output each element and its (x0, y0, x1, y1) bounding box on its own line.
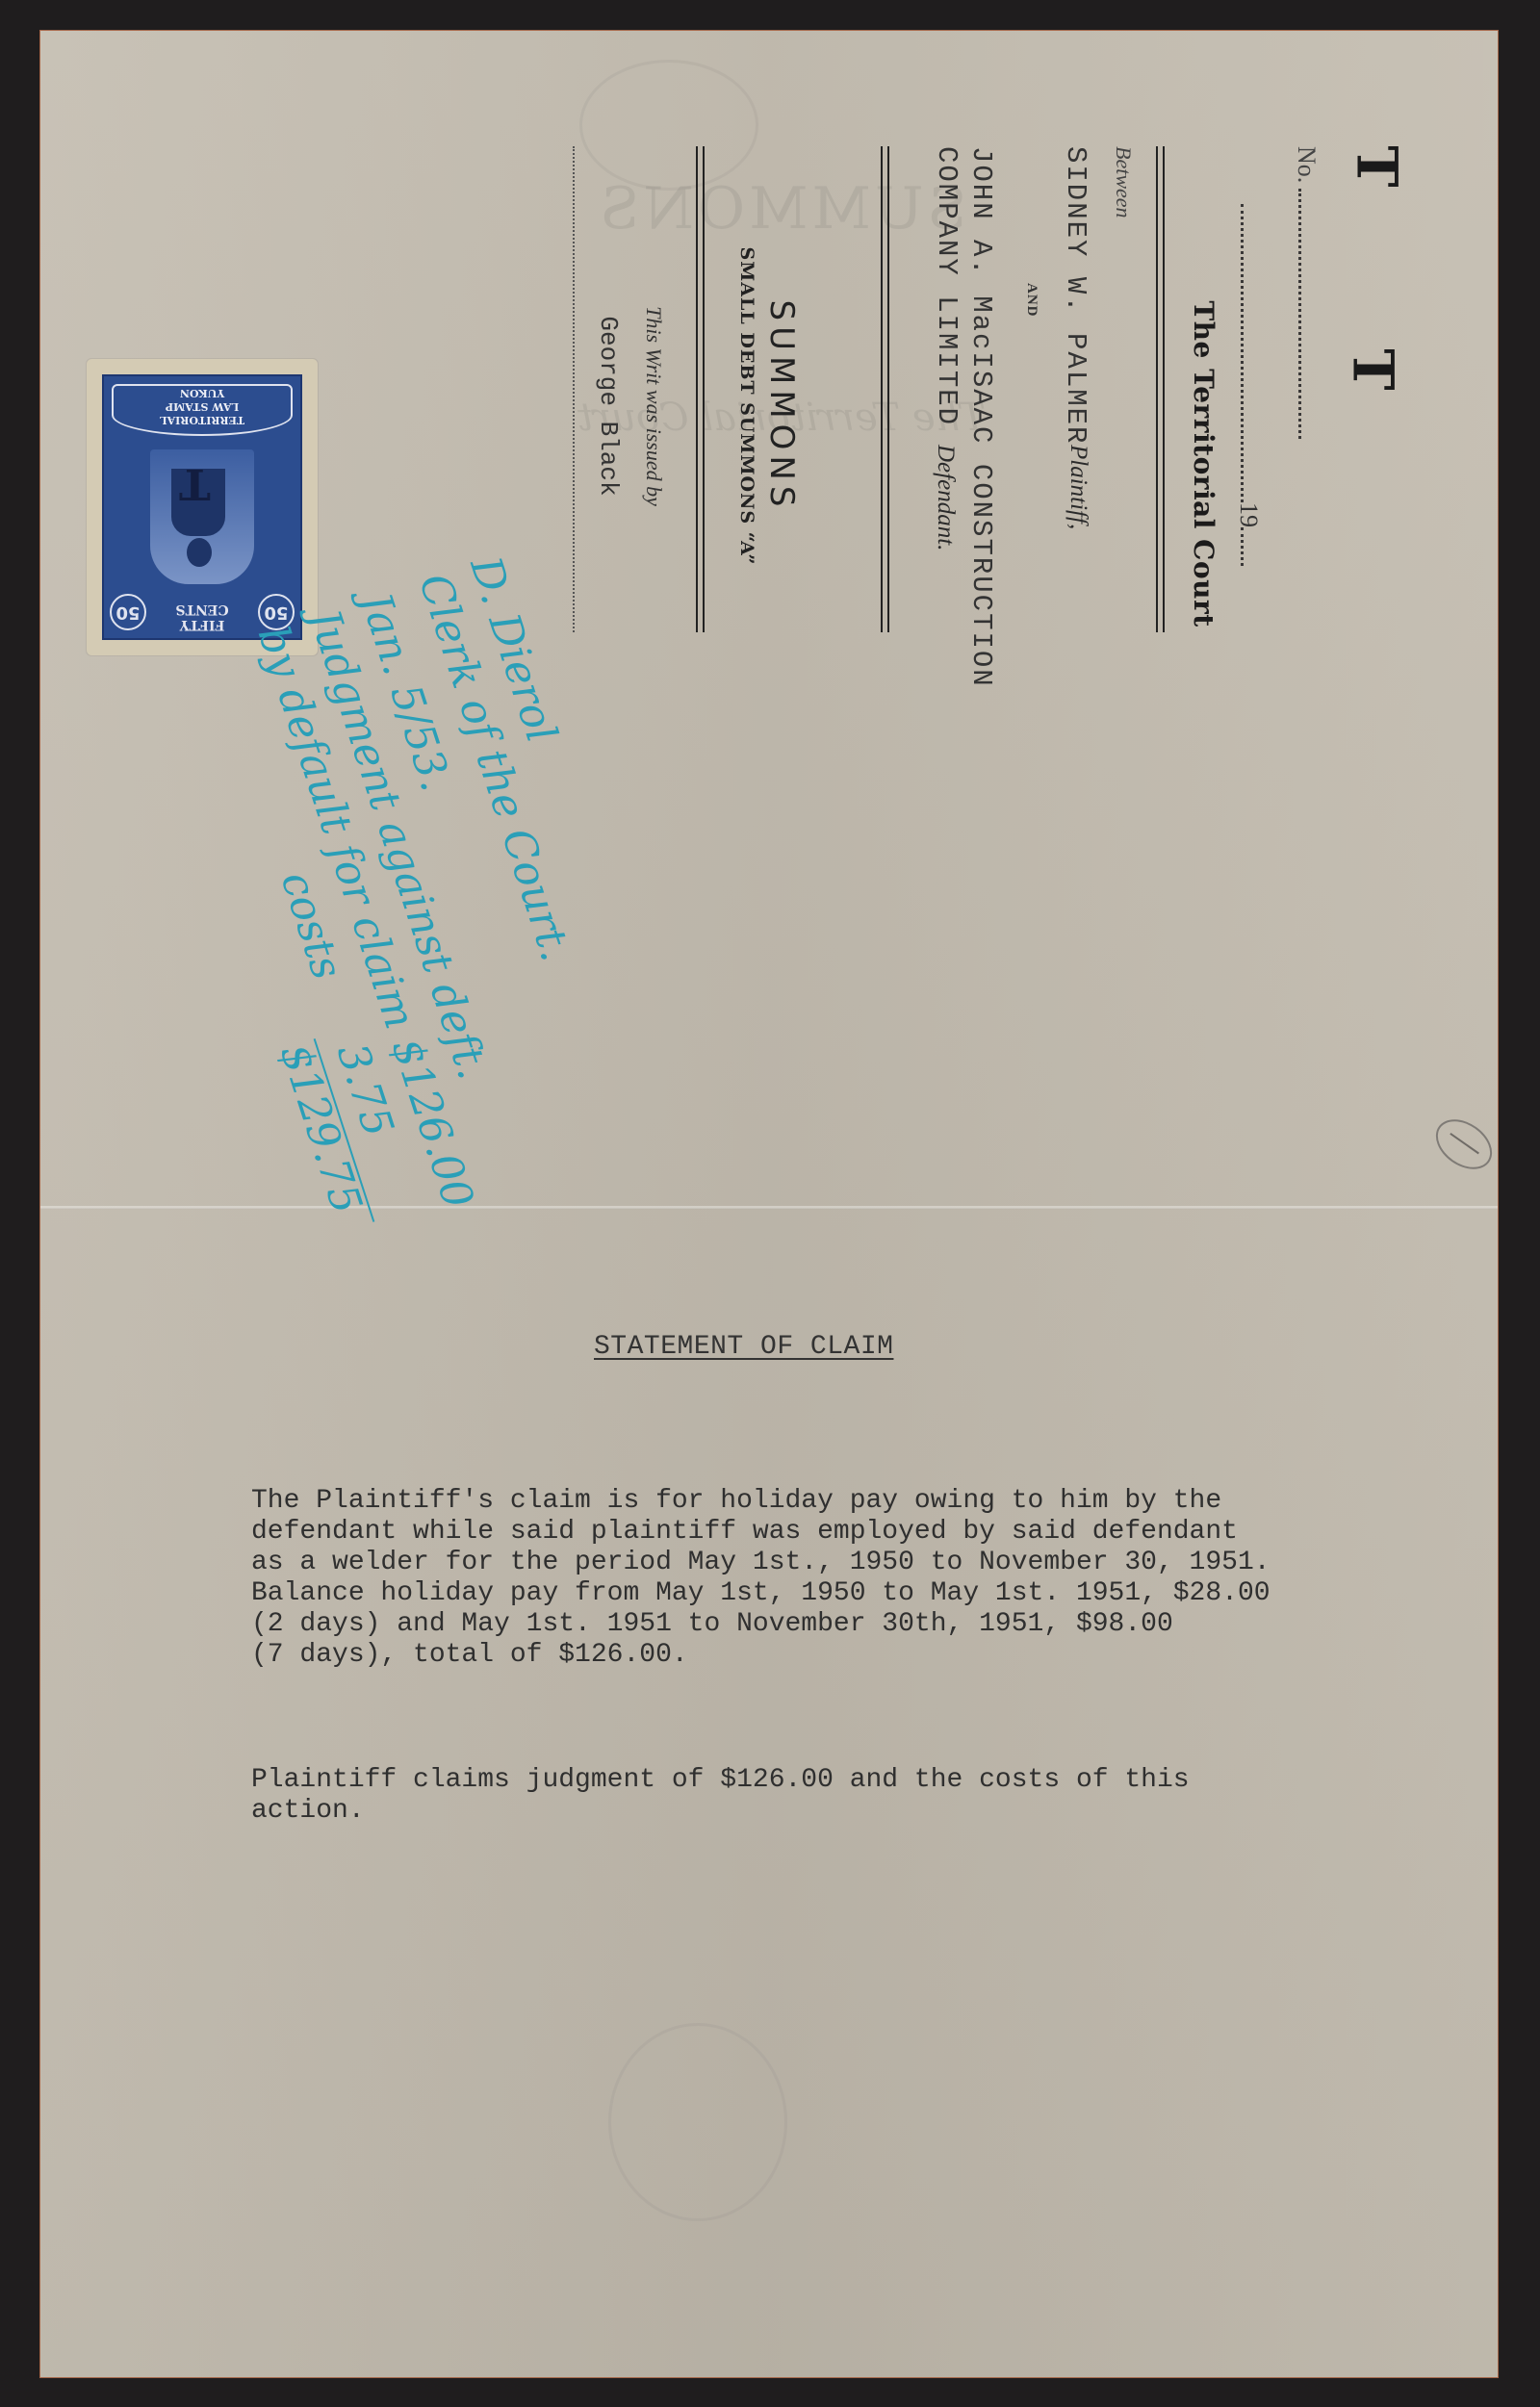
pencil-circled-mark (1426, 1110, 1501, 1180)
form-subtitle: SMALL DEBT SUMMONS “A” (736, 204, 757, 608)
statement-of-claim-body: The Plaintiff's claim is for holiday pay… (251, 1424, 1435, 1921)
tab-mark-2: T (1346, 348, 1401, 390)
stamp-cancel-mark: T (179, 459, 211, 508)
form-title: SUMMONS (762, 204, 801, 608)
tab-mark-1: T (1349, 145, 1405, 187)
number-label: No. (1293, 146, 1321, 183)
date-suffix: 19 (1235, 502, 1263, 527)
defendant-role: Defendant. (932, 445, 959, 551)
date-field: 19 (1234, 204, 1263, 566)
stamp-banner: TERRITORIAL LAW STAMP YUKON (112, 384, 293, 436)
rule-bottom (696, 146, 705, 632)
claim-paragraph-1: The Plaintiff's claim is for holiday pay… (251, 1486, 1435, 1671)
number-field: No. (1292, 146, 1321, 439)
date-blank (1241, 204, 1244, 502)
number-blank (1298, 189, 1301, 439)
defendant-name-line2: COMPANY LIMITED (931, 146, 962, 426)
court-title: The Territorial Court (1188, 262, 1219, 666)
issuer-dotted-line (573, 146, 575, 632)
fold-line (40, 1206, 1498, 1209)
issued-by-name: George Black (594, 204, 623, 608)
law-stamp: 50 50 FIFTY CENTS TERRITORIAL LAW STAMP … (90, 363, 314, 652)
plaintiff-role: Plaintiff, (1065, 445, 1091, 529)
issued-by-label: This Writ was issued by (641, 204, 666, 608)
between-label: Between (1111, 146, 1136, 218)
rule-top (1156, 146, 1165, 632)
claim-paragraph-2: Plaintiff claims judgment of $126.00 and… (251, 1765, 1435, 1827)
year-blank (1241, 527, 1244, 566)
document-page: SUMMONS The Territorial Court T T No. 19… (40, 31, 1498, 2377)
and-label: AND (1023, 283, 1039, 318)
rule-middle (881, 146, 889, 632)
statement-of-claim-title: STATEMENT OF CLAIM (594, 1332, 893, 1362)
summons-cover: No. 19 The Territorial Court Between SID… (416, 146, 1321, 1147)
plaintiff-name: SIDNEY W. PALMER (1060, 146, 1091, 445)
bleed-through-seal-lower (608, 2023, 787, 2221)
defendant-name-line1: JOHN A. MacISAAC CONSTRUCTION (965, 146, 997, 688)
